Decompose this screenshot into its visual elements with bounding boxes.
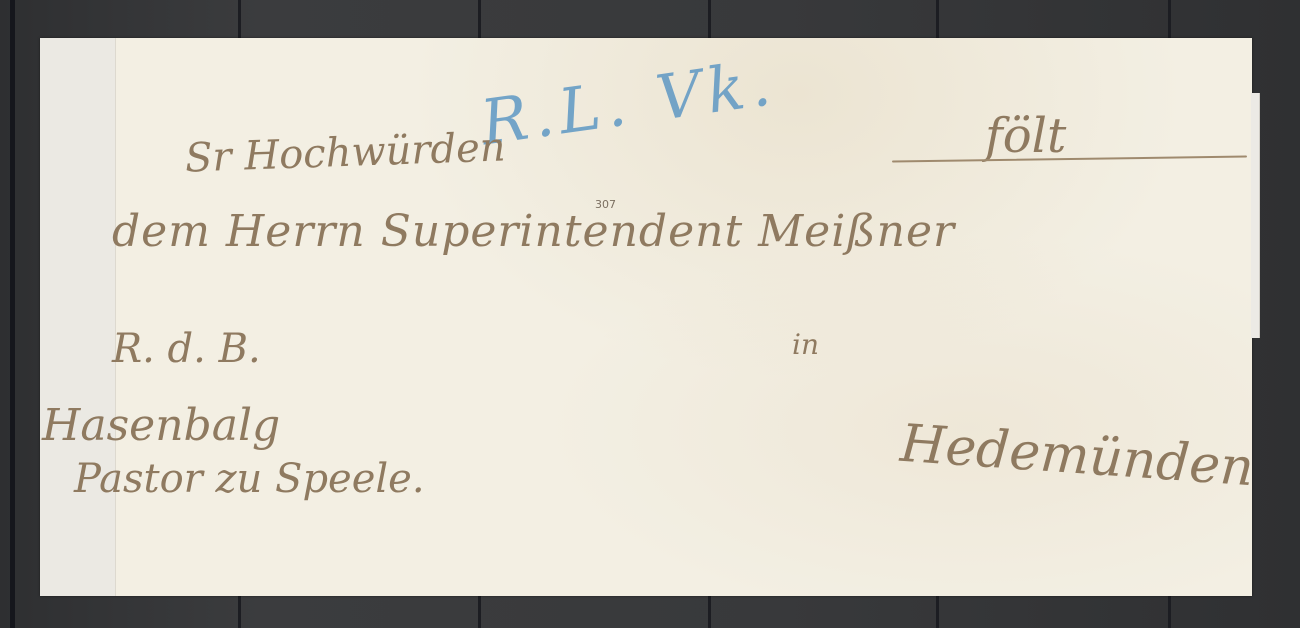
- postal-note: fölt: [985, 108, 1066, 164]
- sender-title: Pastor zu Speele.: [74, 456, 425, 502]
- address-preposition: in: [792, 328, 819, 361]
- album-page-edge: [10, 0, 15, 628]
- address-recipient: dem Herrn Superintendent Meißner: [112, 206, 955, 257]
- sender-initials: R. d. B.: [112, 326, 261, 372]
- cover-fold-flap: [40, 38, 116, 596]
- sender-name: Hasenbalg: [42, 400, 280, 451]
- letter-cover: R.L. Vk. Sr Hochwürden fölt 307 dem Herr…: [40, 38, 1252, 596]
- cover-inner-sheet: [1251, 93, 1260, 338]
